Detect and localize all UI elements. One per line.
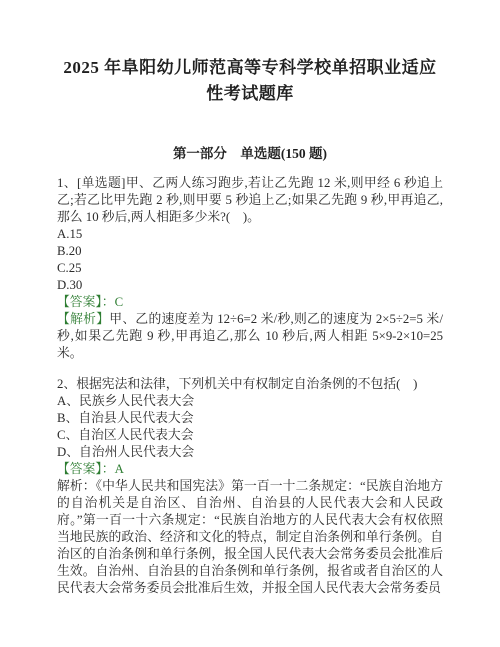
question-2: 2、根据宪法和法律，下列机关中有权制定自治条例的不包括( ) A、民族乡人民代表…	[57, 376, 443, 597]
analysis-text: 甲、乙的速度差为 12÷6=2 米/秒,则乙的速度为 2×5÷2=5 米/秒,如…	[57, 312, 443, 360]
question-1: 1、[单选题]甲、乙两人练习跑步,若让乙先跑 12 米,则甲经 6 秒追上乙;若…	[57, 175, 443, 362]
question-number: 2、	[57, 377, 76, 391]
analysis-label: 【解析】	[57, 312, 109, 326]
page-title: 2025 年阜阳幼儿师范高等专科学校单招职业适应性考试题库	[57, 55, 443, 107]
document-page: 2025 年阜阳幼儿师范高等专科学校单招职业适应性考试题库 第一部分 单选题(1…	[0, 0, 500, 647]
answer-label: 【答案】：	[57, 295, 115, 309]
option-d: D、自治州人民代表大会	[57, 444, 443, 461]
analysis-label: 解析：	[57, 479, 96, 493]
analysis-text: 《中华人民共和国宪法》第一百一十二条规定：“民族自治地方的自治机关是自治区、自治…	[57, 479, 443, 595]
option-a: A、民族乡人民代表大会	[57, 393, 443, 410]
answer-line: 【答案】：A	[57, 461, 443, 478]
answer-value: A	[115, 462, 124, 476]
question-number: 1、	[57, 176, 77, 190]
answer-line: 【答案】：C	[57, 294, 443, 311]
option-a: A.15	[57, 226, 443, 243]
question-text: 1、[单选题]甲、乙两人练习跑步,若让乙先跑 12 米,则甲经 6 秒追上乙;若…	[57, 175, 443, 226]
question-type-tag: [单选题]	[77, 176, 125, 190]
option-c: C.25	[57, 260, 443, 277]
answer-label: 【答案】：	[57, 462, 115, 476]
option-d: D.30	[57, 277, 443, 294]
option-c: C、自治区人民代表大会	[57, 427, 443, 444]
analysis: 【解析】甲、乙的速度差为 12÷6=2 米/秒,则乙的速度为 2×5÷2=5 米…	[57, 311, 443, 362]
analysis: 解析：《中华人民共和国宪法》第一百一十二条规定：“民族自治地方的自治机关是自治区…	[57, 478, 443, 597]
question-body: 根据宪法和法律，下列机关中有权制定自治条例的不包括( )	[76, 377, 417, 391]
option-b: B、自治县人民代表大会	[57, 410, 443, 427]
question-text: 2、根据宪法和法律，下列机关中有权制定自治条例的不包括( )	[57, 376, 443, 393]
section-heading: 第一部分 单选题(150 题)	[57, 142, 443, 162]
option-b: B.20	[57, 243, 443, 260]
answer-value: C	[115, 295, 124, 309]
